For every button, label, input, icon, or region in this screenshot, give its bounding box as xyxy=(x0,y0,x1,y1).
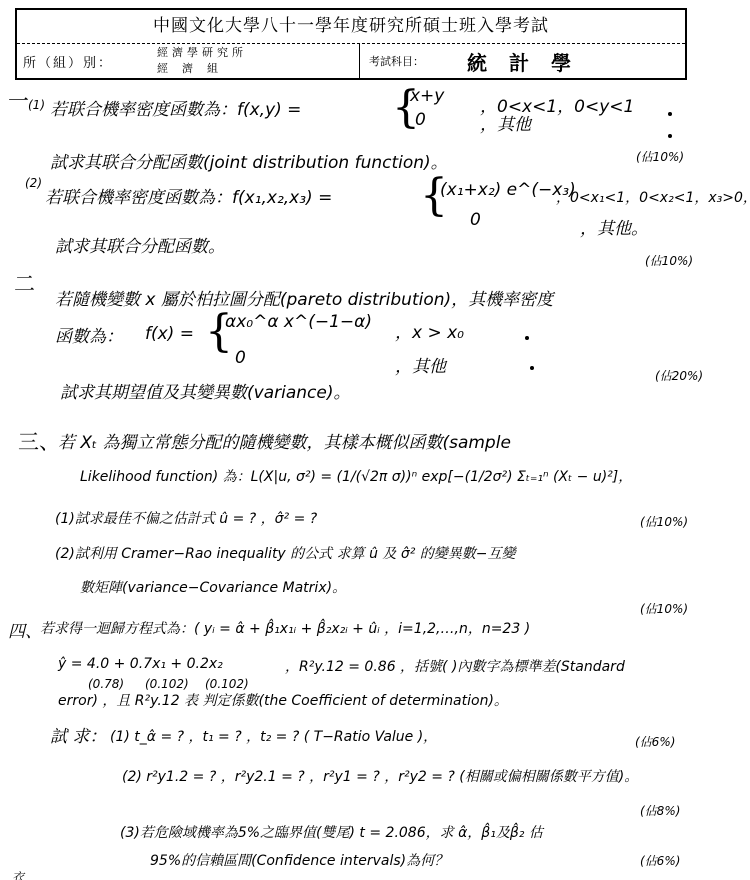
question-3-number: 三、 xyxy=(18,426,60,456)
q2-line1: 若隨機變數 x 屬於柏拉圖分配(pareto distribution)，其機率… xyxy=(55,285,553,310)
q2-ask: 試求其期望值及其變異數(variance)。 xyxy=(60,378,350,403)
question-2-number: 二 xyxy=(14,268,35,298)
dot-mark xyxy=(525,336,529,340)
q1-part1-text: 若联合機率密度函數為：f(x,y) = xyxy=(50,95,301,120)
q4-sub2-score: (佔8%) xyxy=(640,802,680,819)
q1-part2-text: 若联合機率密度函數為：f(x₁,x₂,x₃) = xyxy=(45,183,332,208)
q3-line2: Likelihood function) 為：L(X|u, σ²) = (1/(… xyxy=(80,466,632,486)
department-value: 經濟學研究所 xyxy=(157,44,247,60)
q3-sub1: (1)試求最佳不偏之估計式 û = ? ，σ̂² = ? xyxy=(55,508,317,528)
q1-part2-case2-expr: 0 xyxy=(470,210,481,230)
q1-part1-case2-cond: ，其他 xyxy=(480,110,531,135)
q4-sub3-line1: (3)若危險域機率為5%之臨界值(雙尾) t = 2.086，求 α̂，β̂₁及… xyxy=(120,822,543,842)
q1-part1-score: (佔10%) xyxy=(636,148,684,165)
q4-line3: error) ，且 R²y.12 表 判定係數(the Coefficient … xyxy=(58,690,508,710)
question-1-number: 一 xyxy=(8,85,29,115)
dot-mark xyxy=(668,112,672,116)
q2-case2-cond: ，其他 xyxy=(395,352,446,377)
footer-mark: 衣 xyxy=(12,868,24,880)
q2-score: (佔20%) xyxy=(655,367,703,384)
q4-sub2: (2) r²y1.2 = ? ，r²y2.1 = ? ，r²y1 = ? ，r²… xyxy=(122,766,638,786)
q4-se-x1: (0.102) xyxy=(145,677,189,691)
q1-part2-label: (2) xyxy=(25,176,42,190)
q4-sub3-score: (佔6%) xyxy=(640,852,680,869)
q4-ask-label: 試 求： xyxy=(50,722,106,747)
q1-part1-case2-expr: 0 xyxy=(415,110,426,130)
q2-case2-expr: 0 xyxy=(235,348,246,368)
subject-value: 統計學 xyxy=(467,47,593,76)
q4-sub3-line2: 95%的信賴區間(Confidence intervals)為何？ xyxy=(150,850,448,870)
q3-sub1-score: (佔10%) xyxy=(640,513,688,530)
q3-sub2-line2: 數矩陣(variance−Covariance Matrix)。 xyxy=(80,577,346,597)
exam-title: 中國文化大學八十一學年度研究所碩士班入學考試 xyxy=(17,10,685,44)
q1-part2-score: (佔10%) xyxy=(645,252,693,269)
q3-sub2-score: (佔10%) xyxy=(640,600,688,617)
q1-part1-case1-expr: x+y xyxy=(410,86,444,106)
q2-func: f(x) = xyxy=(145,324,194,344)
q4-se-intercept: (0.78) xyxy=(88,677,124,691)
q4-r2: ，R²y.12 = 0.86 ，括號( )內數字為標準差(Standard xyxy=(285,656,625,676)
q3-sub2-line1: (2)試利用 Cramer−Rao inequality 的公式 求算 û 及 … xyxy=(55,543,516,563)
q4-se-x2: (0.102) xyxy=(205,677,249,691)
q1-part2-case1-cond: ，0<x₁<1，0<x₂<1，x₃>0， xyxy=(556,187,750,207)
q4-sub1: (1) t_α̂ = ? ，t₁ = ? ，t₂ = ? ( T−Ratio V… xyxy=(110,726,437,746)
dot-mark xyxy=(530,366,534,370)
q2-line2-label: 函數為： xyxy=(55,322,123,347)
question-4-number: 四、 xyxy=(8,617,42,642)
q4-equation: ŷ = 4.0 + 0.7x₁ + 0.2x₂ xyxy=(58,656,223,672)
q4-sub1-score: (佔6%) xyxy=(635,733,675,750)
q1-part1-ask: 試求其联合分配函數(joint distribution function)。 xyxy=(50,148,448,173)
subject-label: 考試科目： xyxy=(369,53,424,69)
exam-info-row: 所（組）別： 經濟學研究所 經濟組 考試科目： 統計學 xyxy=(17,43,685,78)
dot-mark xyxy=(668,134,672,138)
department-label: 所（組）別： xyxy=(23,52,113,71)
department-cell: 所（組）別： 經濟學研究所 經濟組 xyxy=(17,43,360,78)
q1-part1-label: (1) xyxy=(28,98,45,112)
q2-case1-cond: ，x > x₀ xyxy=(395,318,464,343)
q1-part2-case2-cond: ，其他。 xyxy=(580,214,648,239)
exam-header: 中國文化大學八十一學年度研究所碩士班入學考試 所（組）別： 經濟學研究所 經濟組… xyxy=(15,8,687,80)
q1-part2-ask: 試求其联合分配函數。 xyxy=(55,232,225,257)
q2-case1-expr: αx₀^α x^(−1−α) xyxy=(225,312,372,332)
group-value: 經濟組 xyxy=(157,60,232,76)
q3-line1: 若 Xₜ 為獨立常態分配的隨機變數，其樣本概似函數(sample xyxy=(58,428,511,453)
q4-line1: 若求得一迴歸方程式為：( yᵢ = α̂ + β̂₁x₁ᵢ + β̂₂x₂ᵢ +… xyxy=(40,618,530,638)
